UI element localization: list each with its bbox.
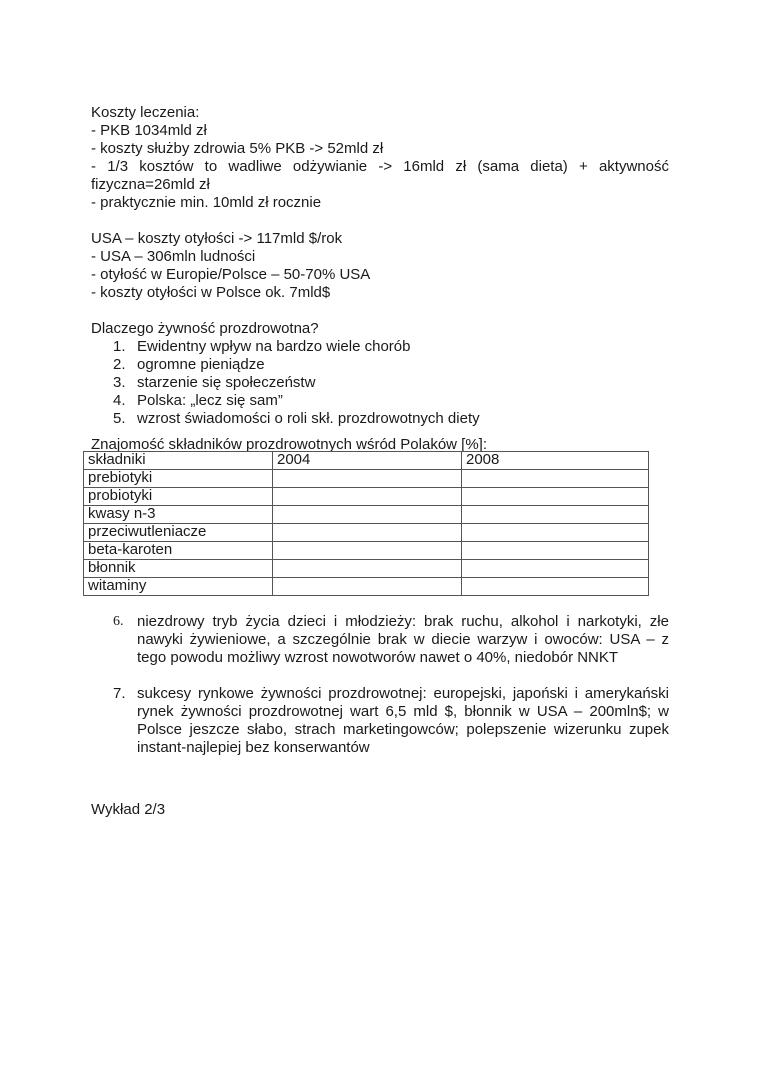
table-row: beta-karoten bbox=[84, 542, 649, 560]
table-cell bbox=[273, 488, 462, 506]
usa-line: - USA – 306mln ludności bbox=[91, 248, 669, 266]
list-item: 5.wzrost świadomości o roli skł. prozdro… bbox=[91, 410, 669, 428]
table-cell bbox=[273, 578, 462, 596]
table-cell bbox=[462, 560, 649, 578]
list-item: 7. sukcesy rynkowe żywności prozdrowotne… bbox=[91, 685, 669, 757]
footer: Wykład 2/3 bbox=[91, 801, 669, 819]
table-row: błonnik bbox=[84, 560, 649, 578]
table-header-row: składniki 2004 2008 bbox=[84, 452, 649, 470]
list-item: 3.starzenie się społeczeństw bbox=[91, 374, 669, 392]
costs-line: - 1/3 kosztów to wadliwe odżywianie -> 1… bbox=[91, 158, 669, 194]
costs-line: - praktycznie min. 10mld zł rocznie bbox=[91, 194, 669, 212]
table-cell: błonnik bbox=[84, 560, 273, 578]
table-row: kwasy n-3 bbox=[84, 506, 649, 524]
continued-list: 6. niezdrowy tryb życia dzieci i młodzie… bbox=[91, 613, 669, 757]
ingredients-table: składniki 2004 2008 prebiotyki probiotyk… bbox=[83, 451, 649, 596]
table-row: przeciwutleniacze bbox=[84, 524, 649, 542]
table-header-cell: 2004 bbox=[273, 452, 462, 470]
list-item: 6. niezdrowy tryb życia dzieci i młodzie… bbox=[91, 613, 669, 667]
table-cell bbox=[273, 542, 462, 560]
usa-line: - otyłość w Europie/Polsce – 50-70% USA bbox=[91, 266, 669, 284]
table-cell: przeciwutleniacze bbox=[84, 524, 273, 542]
usa-line: - koszty otyłości w Polsce ok. 7mld$ bbox=[91, 284, 669, 302]
table-cell: prebiotyki bbox=[84, 470, 273, 488]
costs-heading: Koszty leczenia: bbox=[91, 104, 669, 122]
table-header-cell: 2008 bbox=[462, 452, 649, 470]
lecture-label: Wykład 2/3 bbox=[91, 801, 669, 819]
table-cell bbox=[273, 506, 462, 524]
table-cell: beta-karoten bbox=[84, 542, 273, 560]
list-item: 2.ogromne pieniądze bbox=[91, 356, 669, 374]
table-cell: probiotyki bbox=[84, 488, 273, 506]
document-body: Koszty leczenia: - PKB 1034mld zł - kosz… bbox=[91, 104, 669, 454]
costs-line: - PKB 1034mld zł bbox=[91, 122, 669, 140]
table-cell bbox=[462, 578, 649, 596]
usa-heading: USA – koszty otyłości -> 117mld $/rok bbox=[91, 230, 669, 248]
table-cell: witaminy bbox=[84, 578, 273, 596]
table-row: prebiotyki bbox=[84, 470, 649, 488]
table-header-cell: składniki bbox=[84, 452, 273, 470]
table-cell bbox=[462, 488, 649, 506]
table-row: probiotyki bbox=[84, 488, 649, 506]
table-cell bbox=[273, 524, 462, 542]
table-row: witaminy bbox=[84, 578, 649, 596]
why-heading: Dlaczego żywność prozdrowotna? bbox=[91, 320, 669, 338]
table-cell bbox=[462, 470, 649, 488]
table-cell bbox=[462, 506, 649, 524]
table-cell bbox=[273, 470, 462, 488]
table-cell bbox=[273, 560, 462, 578]
table-cell: kwasy n-3 bbox=[84, 506, 273, 524]
table-cell bbox=[462, 524, 649, 542]
costs-line: - koszty służby zdrowia 5% PKB -> 52mld … bbox=[91, 140, 669, 158]
list-item: 1.Ewidentny wpływ na bardzo wiele chorób bbox=[91, 338, 669, 356]
why-list: 1.Ewidentny wpływ na bardzo wiele chorób… bbox=[91, 338, 669, 428]
table-cell bbox=[462, 542, 649, 560]
list-item: 4.Polska: „lecz się sam” bbox=[91, 392, 669, 410]
